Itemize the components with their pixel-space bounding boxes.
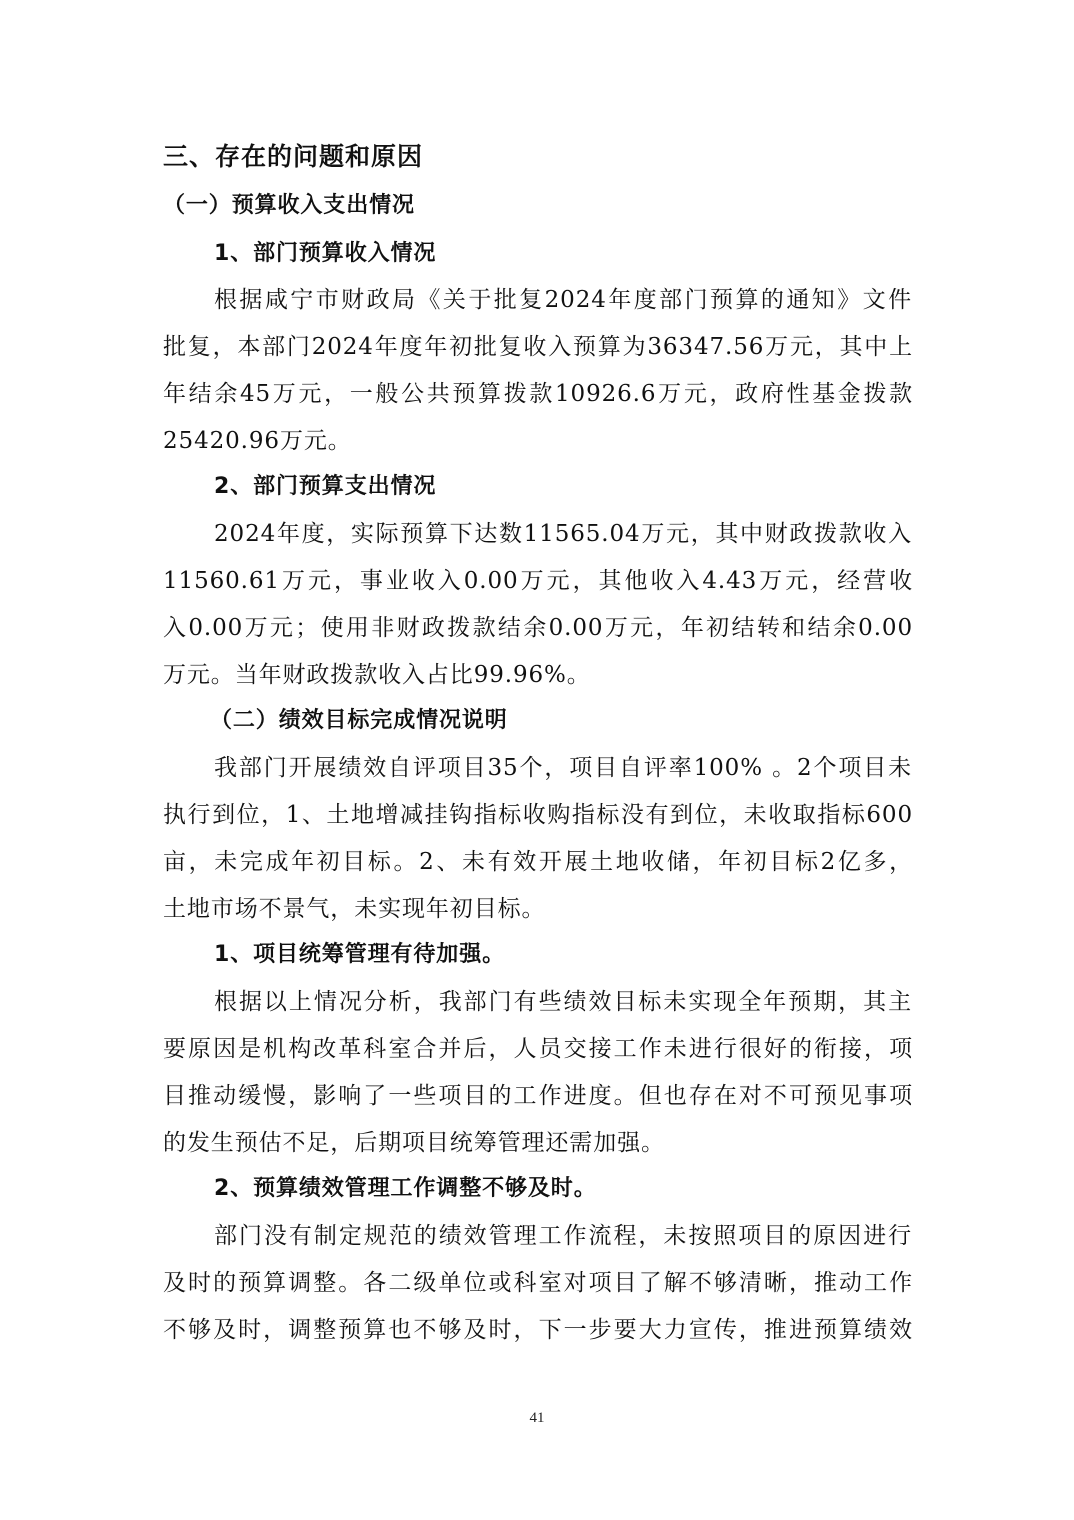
paragraph-line: 根据咸宁市财政局《关于批复2024年度部门预算的通知》文件 — [214, 285, 912, 315]
paragraph-line: 不够及时，调整预算也不够及时，下一步要大力宣传，推进预算绩效 — [163, 1315, 913, 1345]
item-heading-income: 1、部门预算收入情况 — [214, 239, 964, 269]
item-heading-budget-adjustment: 2、预算绩效管理工作调整不够及时。 — [214, 1174, 964, 1204]
subsection-heading-budget: （一）预算收入支出情况 — [163, 191, 913, 221]
paragraph-line: 25420.96万元。 — [163, 426, 913, 456]
paragraph-line: 及时的预算调整。各二级单位或科室对项目了解不够清晰，推动工作 — [163, 1268, 913, 1298]
paragraph-line: 我部门开展绩效自评项目35个，项目自评率100% 。2个项目未 — [214, 753, 912, 783]
paragraph-line: 11560.61万元，事业收入0.00万元，其他收入4.43万元，经营收 — [163, 566, 913, 596]
section-title: 三、存在的问题和原因 — [163, 142, 913, 172]
subsection-heading-performance: （二）绩效目标完成情况说明 — [210, 706, 960, 736]
paragraph-line: 万元。当年财政拨款收入占比99.96%。 — [163, 660, 913, 690]
paragraph-line: 的发生预估不足，后期项目统筹管理还需加强。 — [163, 1128, 913, 1158]
paragraph-line: 批复，本部门2024年度年初批复收入预算为36347.56万元，其中上 — [163, 332, 913, 362]
paragraph-line: 执行到位，1、土地增减挂钩指标收购指标没有到位，未收取指标600 — [163, 800, 913, 830]
paragraph-line: 目推动缓慢，影响了一些项目的工作进度。但也存在对不可预见事项 — [163, 1081, 913, 1111]
paragraph-line: 部门没有制定规范的绩效管理工作流程，未按照项目的原因进行 — [214, 1221, 912, 1251]
paragraph-line: 亩，未完成年初目标。2、未有效开展土地收储，年初目标2亿多， — [163, 847, 913, 877]
paragraph-line: 土地市场不景气，未实现年初目标。 — [163, 894, 913, 924]
paragraph-line: 2024年度，实际预算下达数11565.04万元，其中财政拨款收入 — [214, 519, 912, 549]
item-heading-expenditure: 2、部门预算支出情况 — [214, 472, 964, 502]
paragraph-line: 年结余45万元，一般公共预算拨款10926.6万元，政府性基金拨款 — [163, 379, 913, 409]
paragraph-line: 入0.00万元；使用非财政拨款结余0.00万元，年初结转和结余0.00 — [163, 613, 913, 643]
paragraph-line: 根据以上情况分析，我部门有些绩效目标未实现全年预期，其主 — [214, 987, 912, 1017]
document-page: 三、存在的问题和原因 （一）预算收入支出情况 1、部门预算收入情况 根据咸宁市财… — [0, 0, 1074, 1520]
page-number: 41 — [0, 1410, 1074, 1427]
paragraph-line: 要原因是机构改革科室合并后，人员交接工作未进行很好的衔接，项 — [163, 1034, 913, 1064]
item-heading-project-management: 1、项目统筹管理有待加强。 — [214, 940, 964, 970]
